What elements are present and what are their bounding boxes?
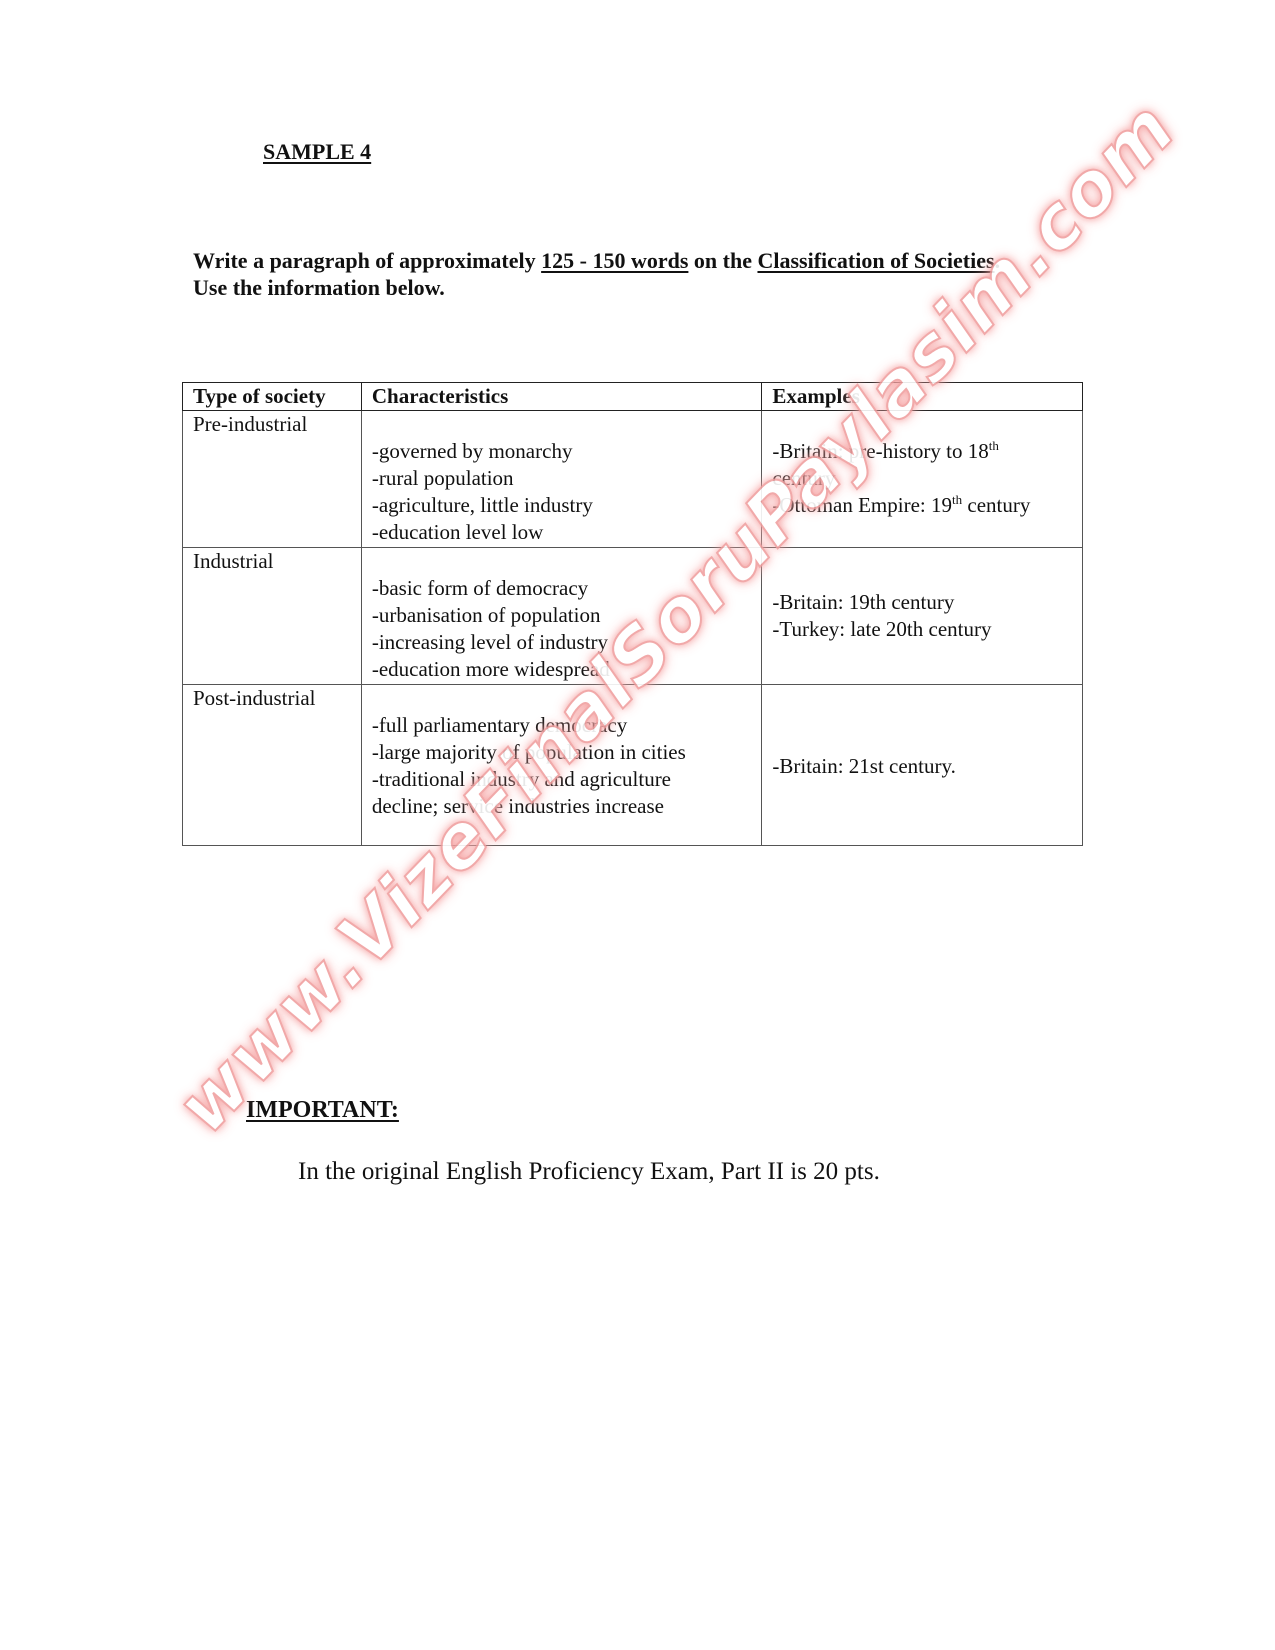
- table-row: Pre-industrial -governed by monarchy -ru…: [183, 411, 1083, 548]
- examples-cell: -Britain: 21st century.: [762, 685, 1083, 846]
- ordinal-suffix: th: [952, 492, 962, 507]
- word-range: 125 - 150 words: [541, 248, 688, 273]
- header-type: Type of society: [183, 383, 362, 411]
- header-characteristics: Characteristics: [361, 383, 762, 411]
- important-heading: IMPORTANT:: [246, 1097, 399, 1124]
- examples-cell: -Britain: 19th century -Turkey: late 20t…: [762, 548, 1083, 685]
- example-text: century: [962, 493, 1030, 517]
- example: -Britain: 21st century.: [772, 753, 1072, 780]
- example: -Turkey: late 20th century: [772, 616, 1072, 643]
- characteristic: -governed by monarchy: [372, 438, 752, 465]
- characteristic: -agriculture, little industry: [372, 492, 752, 519]
- instruction-text: Write a paragraph of approximately: [193, 248, 541, 273]
- instruction-line-1: Write a paragraph of approximately 125 -…: [193, 247, 1000, 274]
- society-type: Post-industrial: [183, 685, 362, 846]
- instruction-line-2: Use the information below.: [193, 274, 1000, 301]
- society-type: Industrial: [183, 548, 362, 685]
- society-type: Pre-industrial: [183, 411, 362, 548]
- instructions: Write a paragraph of approximately 125 -…: [193, 247, 1000, 301]
- characteristic: -rural population: [372, 465, 752, 492]
- example: -Britain: 19th century: [772, 589, 1072, 616]
- instruction-text: on the: [688, 248, 757, 273]
- page-title: SAMPLE 4: [263, 139, 371, 165]
- important-note: In the original English Proficiency Exam…: [298, 1158, 880, 1186]
- ordinal-suffix: th: [989, 438, 999, 453]
